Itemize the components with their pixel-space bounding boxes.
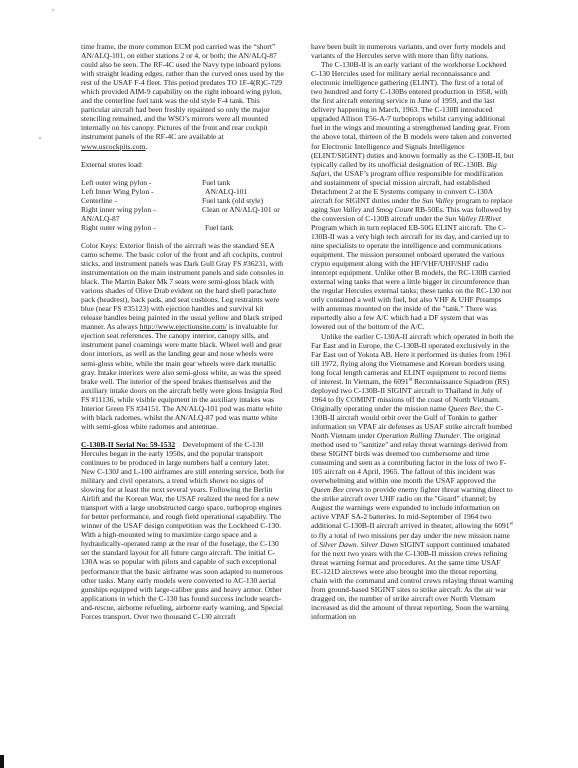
station-label: Right outer wing pylon -: [81, 223, 202, 232]
stores-row: Right inner wing pylon - AN/ALQ-87 Clean…: [81, 205, 285, 223]
station-label: Centerline -: [81, 196, 202, 205]
c130-paragraph: C-130B-II Serial No: 59-1532 Development…: [81, 440, 285, 621]
c130-serial-heading: C-130B-II Serial No: 59-1532: [81, 440, 175, 449]
color-keys-paragraph: Color Keys: Exterior finish of the aircr…: [81, 241, 285, 431]
stores-row: Left outer wing pylon - Fuel tank: [81, 178, 285, 187]
stores-row: Centerline - Fuel tank (old style): [81, 196, 285, 205]
station-label: Right inner wing pylon - AN/ALQ-87: [81, 205, 181, 223]
scan-speck: [39, 137, 41, 139]
stores-row: Left Inner Wing Pylon - AN/ALQ-101: [81, 187, 285, 196]
rf4c-paragraph: time frame, the more common ECM pod carr…: [81, 42, 285, 151]
station-load: Fuel tank: [202, 178, 285, 187]
ejectionsite-link[interactable]: http://www.ejectionsite.com/: [140, 322, 227, 331]
right-column: have been built in numerous variants, an…: [311, 42, 514, 621]
stores-table: Left outer wing pylon - Fuel tank Left I…: [81, 178, 285, 232]
c130b-ii-paragraph: The C-130B-II is an early variant of the…: [311, 60, 514, 331]
document-page: time frame, the more common ECM pod carr…: [0, 0, 578, 768]
station-label: Left Inner Wing Pylon -: [81, 187, 202, 196]
left-column: time frame, the more common ECM pod carr…: [81, 42, 285, 621]
station-load: Clean or AN/ALQ-101 or: [202, 205, 285, 223]
scan-edge-mark: [0, 755, 4, 768]
far-east-operations-paragraph: Unlike the earlier C-130A-II aircraft wh…: [311, 332, 514, 622]
stores-row: Right outer wing pylon - Fuel tank: [81, 223, 285, 232]
station-load: Fuel tank: [202, 223, 285, 232]
station-load: Fuel tank (old style): [202, 196, 285, 205]
station-load: AN/ALQ-101: [202, 187, 285, 196]
uscockpits-link[interactable]: www.uscockpits.com: [81, 142, 146, 151]
station-label: Left outer wing pylon -: [81, 178, 202, 187]
hercules-intro-paragraph: have been built in numerous variants, an…: [311, 42, 514, 60]
scan-speck: [52, 9, 54, 11]
stores-heading: External stores load:: [81, 160, 285, 169]
